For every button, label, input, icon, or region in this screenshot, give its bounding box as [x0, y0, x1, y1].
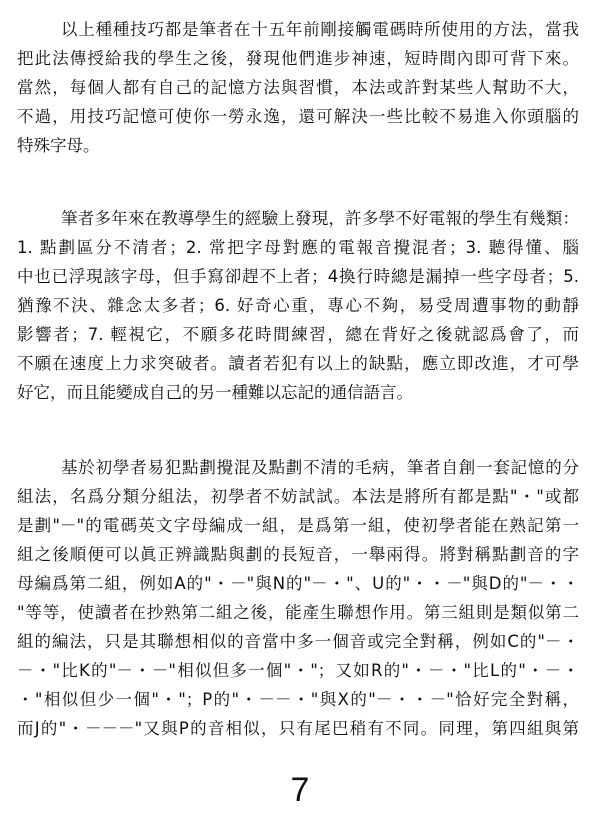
- paragraph-3-line-8: －・"比K的"－・－"相似但多一個"・"；又如R的"・－・"比L的"・－・: [17, 659, 579, 683]
- paragraph-3-line-4: 組之後順便可以眞正辨識點與劃的長短音，一舉兩得。將對稱點劃音的字: [17, 543, 579, 567]
- paragraph-2-line-2: 1. 點劃區分不清者；2. 常把字母對應的電報音攪混者；3. 聽得懂、腦: [17, 236, 579, 260]
- paragraph-3-line-10: 而J的"・－－－"又與P的音相似，只有尾巴稍有不同。同理，第四組與第: [17, 717, 579, 741]
- paragraph-3-line-6: "等等，使讀者在抄熟第二組之後，能產生聯想作用。第三組則是類似第二: [17, 601, 579, 625]
- paragraph-3-line-1: 基於初學者易犯點劃攪混及點劃不清的毛病，筆者自創一套記憶的分: [61, 456, 579, 480]
- paragraph-3-line-9: ・"相似但少一個"・"；P的"・－－・"與X的"－・・－"恰好完全對稱，: [17, 688, 579, 712]
- paragraph-1-line-2: 把此法傳授給我的學生之後，發現他們進步神速，短時間內即可背下來。: [17, 47, 579, 71]
- paragraph-1-line-1: 以上種種技巧都是筆者在十五年前剛接觸電碼時所使用的方法，當我: [61, 18, 579, 42]
- paragraph-2-line-4: 猶豫不決、雜念太多者；6. 好奇心重，專心不夠，易受周遭事物的動靜: [17, 294, 579, 318]
- paragraph-1-line-4: 不過，用技巧記憶可使你一勞永逸，還可解決一些比較不易進入你頭腦的: [17, 105, 579, 129]
- paragraph-2-line-5: 影響者；7. 輕視它，不願多花時間練習，總在背好之後就認爲會了，而: [17, 323, 579, 347]
- paragraph-2-line-6: 不願在速度上力求突破者。讀者若犯有以上的缺點，應立即改進，才可學: [17, 352, 579, 376]
- paragraph-3-line-3: 是劃"－"的電碼英文字母編成一組，是爲第一組，使初學者能在熟記第一: [17, 514, 579, 538]
- paragraph-1-line-5: 特殊字母。: [17, 134, 579, 158]
- book-page: 以上種種技巧都是筆者在十五年前剛接觸電碼時所使用的方法，當我 把此法傳授給我的學…: [0, 0, 600, 819]
- paragraph-2-line-3: 中也已浮現該字母，但手寫卻趕不上者；4換行時總是漏掉一些字母者；5.: [17, 265, 579, 289]
- page-number: 7: [0, 770, 600, 810]
- paragraph-3-line-7: 組的編法，只是其聯想相似的音當中多一個音或完全對稱，例如C的"－・: [17, 630, 579, 654]
- paragraph-1-line-3: 當然，每個人都有自己的記憶方法與習慣，本法或許對某些人幫助不大，: [17, 76, 579, 100]
- paragraph-3-line-5: 母編爲第二組，例如A的"・－"與N的"－・"、U的"・・－"與D的"－・・: [17, 572, 579, 596]
- paragraph-2-line-1: 筆者多年來在教導學生的經驗上發現，許多學不好電報的學生有幾類：: [61, 207, 579, 231]
- paragraph-3-line-2: 組法，名爲分類分組法，初學者不妨試試。本法是將所有都是點"・"或都: [17, 485, 579, 509]
- paragraph-2-line-7: 好它，而且能變成自己的另一種難以忘記的通信語言。: [17, 381, 579, 405]
